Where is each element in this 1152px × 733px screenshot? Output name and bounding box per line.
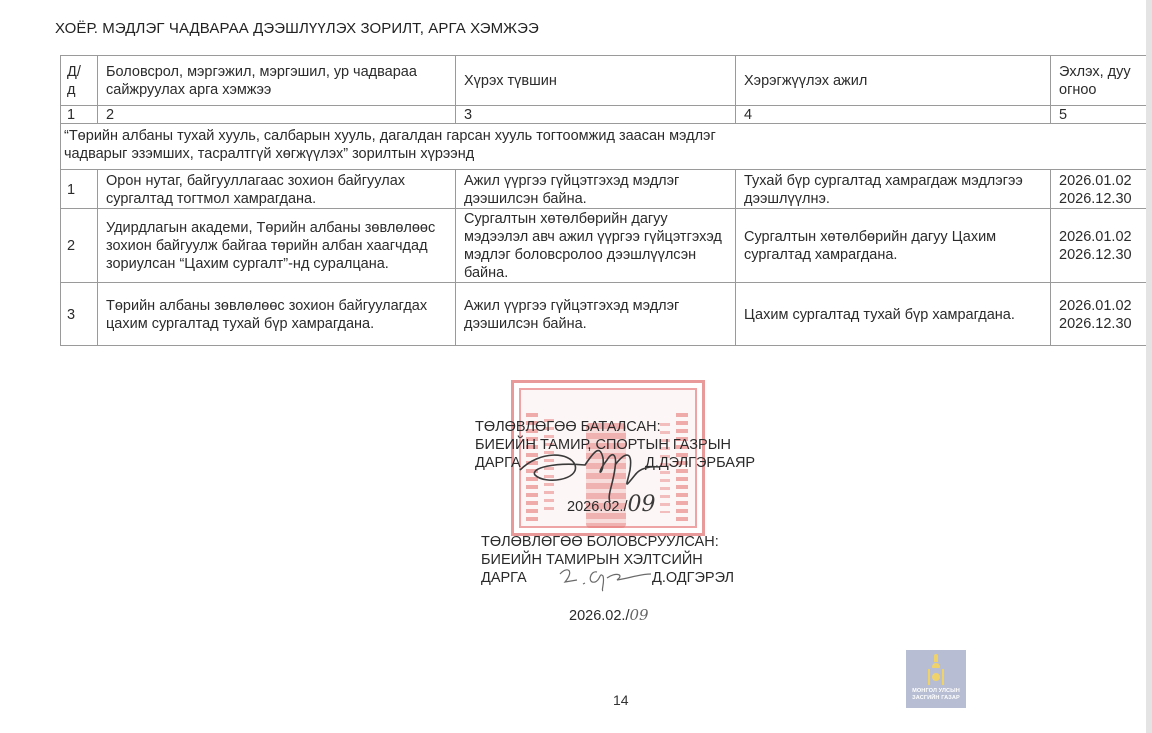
row-target-level: Ажил үүргээ гүйцэтгэхэд мэдлэг дээшилсэн… [456,283,736,346]
header-dates-line2: огноо [1059,81,1146,99]
section-heading: “Төрийн албаны тухай хууль, салбарын хуу… [61,124,1147,170]
approval-date-printed: 2026.02./ [567,499,627,515]
viewer-edge [1146,0,1152,733]
section-heading-row: “Төрийн албаны тухай хууль, салбарын хуу… [61,124,1147,170]
table-header-row: Д/д Боловсрол, мэргэжил, мэргэшил, ур ча… [61,56,1147,106]
row-target-level: Ажил үүргээ гүйцэтгэхэд мэдлэг дээшилсэн… [456,170,736,209]
drafted-date-handwritten: 09 [629,606,648,624]
development-plan-table: Д/д Боловсрол, мэргэжил, мэргэшил, ур ча… [60,55,1146,346]
row-dates: 2026.01.02 2026.12.30 [1051,209,1147,283]
approval-date-handwritten: 09 [627,492,655,517]
start-date: 2026.01.02 [1059,297,1146,315]
end-date: 2026.12.30 [1059,246,1146,264]
start-date: 2026.01.02 [1059,228,1146,246]
header-no: Д/д [61,56,98,106]
row-activity: Цахим сургалтад тухай бүр хамрагдана. [736,283,1051,346]
table-row: 2 Удирдлагын академи, Төрийн албаны зөвл… [61,209,1147,283]
drafted-heading: ТӨЛӨВЛӨГӨӨ БОЛОВСРУУЛСАН: [481,533,719,551]
row-no: 2 [61,209,98,283]
table-row: 3 Төрийн албаны зөвлөлөөс зохион байгуул… [61,283,1147,346]
row-no: 1 [61,170,98,209]
end-date: 2026.12.30 [1059,315,1146,333]
header-dates-line1: Эхлэх, дуу [1059,63,1146,81]
table-row: 1 Орон нутаг, байгууллагаас зохион байгу… [61,170,1147,209]
row-activity: Тухай бүр сургалтад хамрагдаж мэдлэгээ д… [736,170,1051,209]
end-date: 2026.12.30 [1059,190,1146,208]
row-activity: Сургалтын хөтөлбөрийн дагуу Цахим сургал… [736,209,1051,283]
index-cell: 1 [61,106,98,124]
row-no: 3 [61,283,98,346]
header-measure: Боловсрол, мэргэжил, мэргэшил, ур чадвар… [98,56,456,106]
soyombo-icon [931,654,941,686]
row-measure: Орон нутаг, байгууллагаас зохион байгуул… [98,170,456,209]
drafted-date: 2026.02./09 [569,606,649,624]
drafted-name: Д.ОДГЭРЭЛ [652,569,734,587]
row-measure: Удирдлагын академи, Төрийн албаны зөвлөл… [98,209,456,283]
start-date: 2026.01.02 [1059,172,1146,190]
index-cell: 5 [1051,106,1147,124]
column-index-row: 1 2 3 4 5 [61,106,1147,124]
index-cell: 2 [98,106,456,124]
section-title: ХОЁР. МЭДЛЭГ ЧАДВАРАА ДЭЭШЛҮҮЛЭХ ЗОРИЛТ,… [55,20,539,37]
row-measure: Төрийн албаны зөвлөлөөс зохион байгуулаг… [98,283,456,346]
logo-text: МОНГОЛ УЛСЫН ЗАСГИЙН ГАЗАР [906,688,966,702]
drafted-date-printed: 2026.02./ [569,608,629,624]
header-target-level: Хүрэх түвшин [456,56,736,106]
row-dates: 2026.01.02 2026.12.30 [1051,170,1147,209]
row-dates: 2026.01.02 2026.12.30 [1051,283,1147,346]
approval-heading: ТӨЛӨВЛӨГӨӨ БАТАЛСАН: [475,418,731,436]
approval-date: 2026.02./09 [567,492,655,517]
row-target-level: Сургалтын хөтөлбөрийн дагуу мэдээлэл авч… [456,209,736,283]
drafted-signature [555,562,655,592]
index-cell: 3 [456,106,736,124]
government-logo-watermark: МОНГОЛ УЛСЫН ЗАСГИЙН ГАЗАР [906,650,966,708]
index-cell: 4 [736,106,1051,124]
header-activity: Хэрэгжүүлэх ажил [736,56,1051,106]
document-page: ХОЁР. МЭДЛЭГ ЧАДВАРАА ДЭЭШЛҮҮЛЭХ ЗОРИЛТ,… [0,0,1146,733]
header-dates: Эхлэх, дуу огноо [1051,56,1147,106]
page-number: 14 [613,692,629,708]
